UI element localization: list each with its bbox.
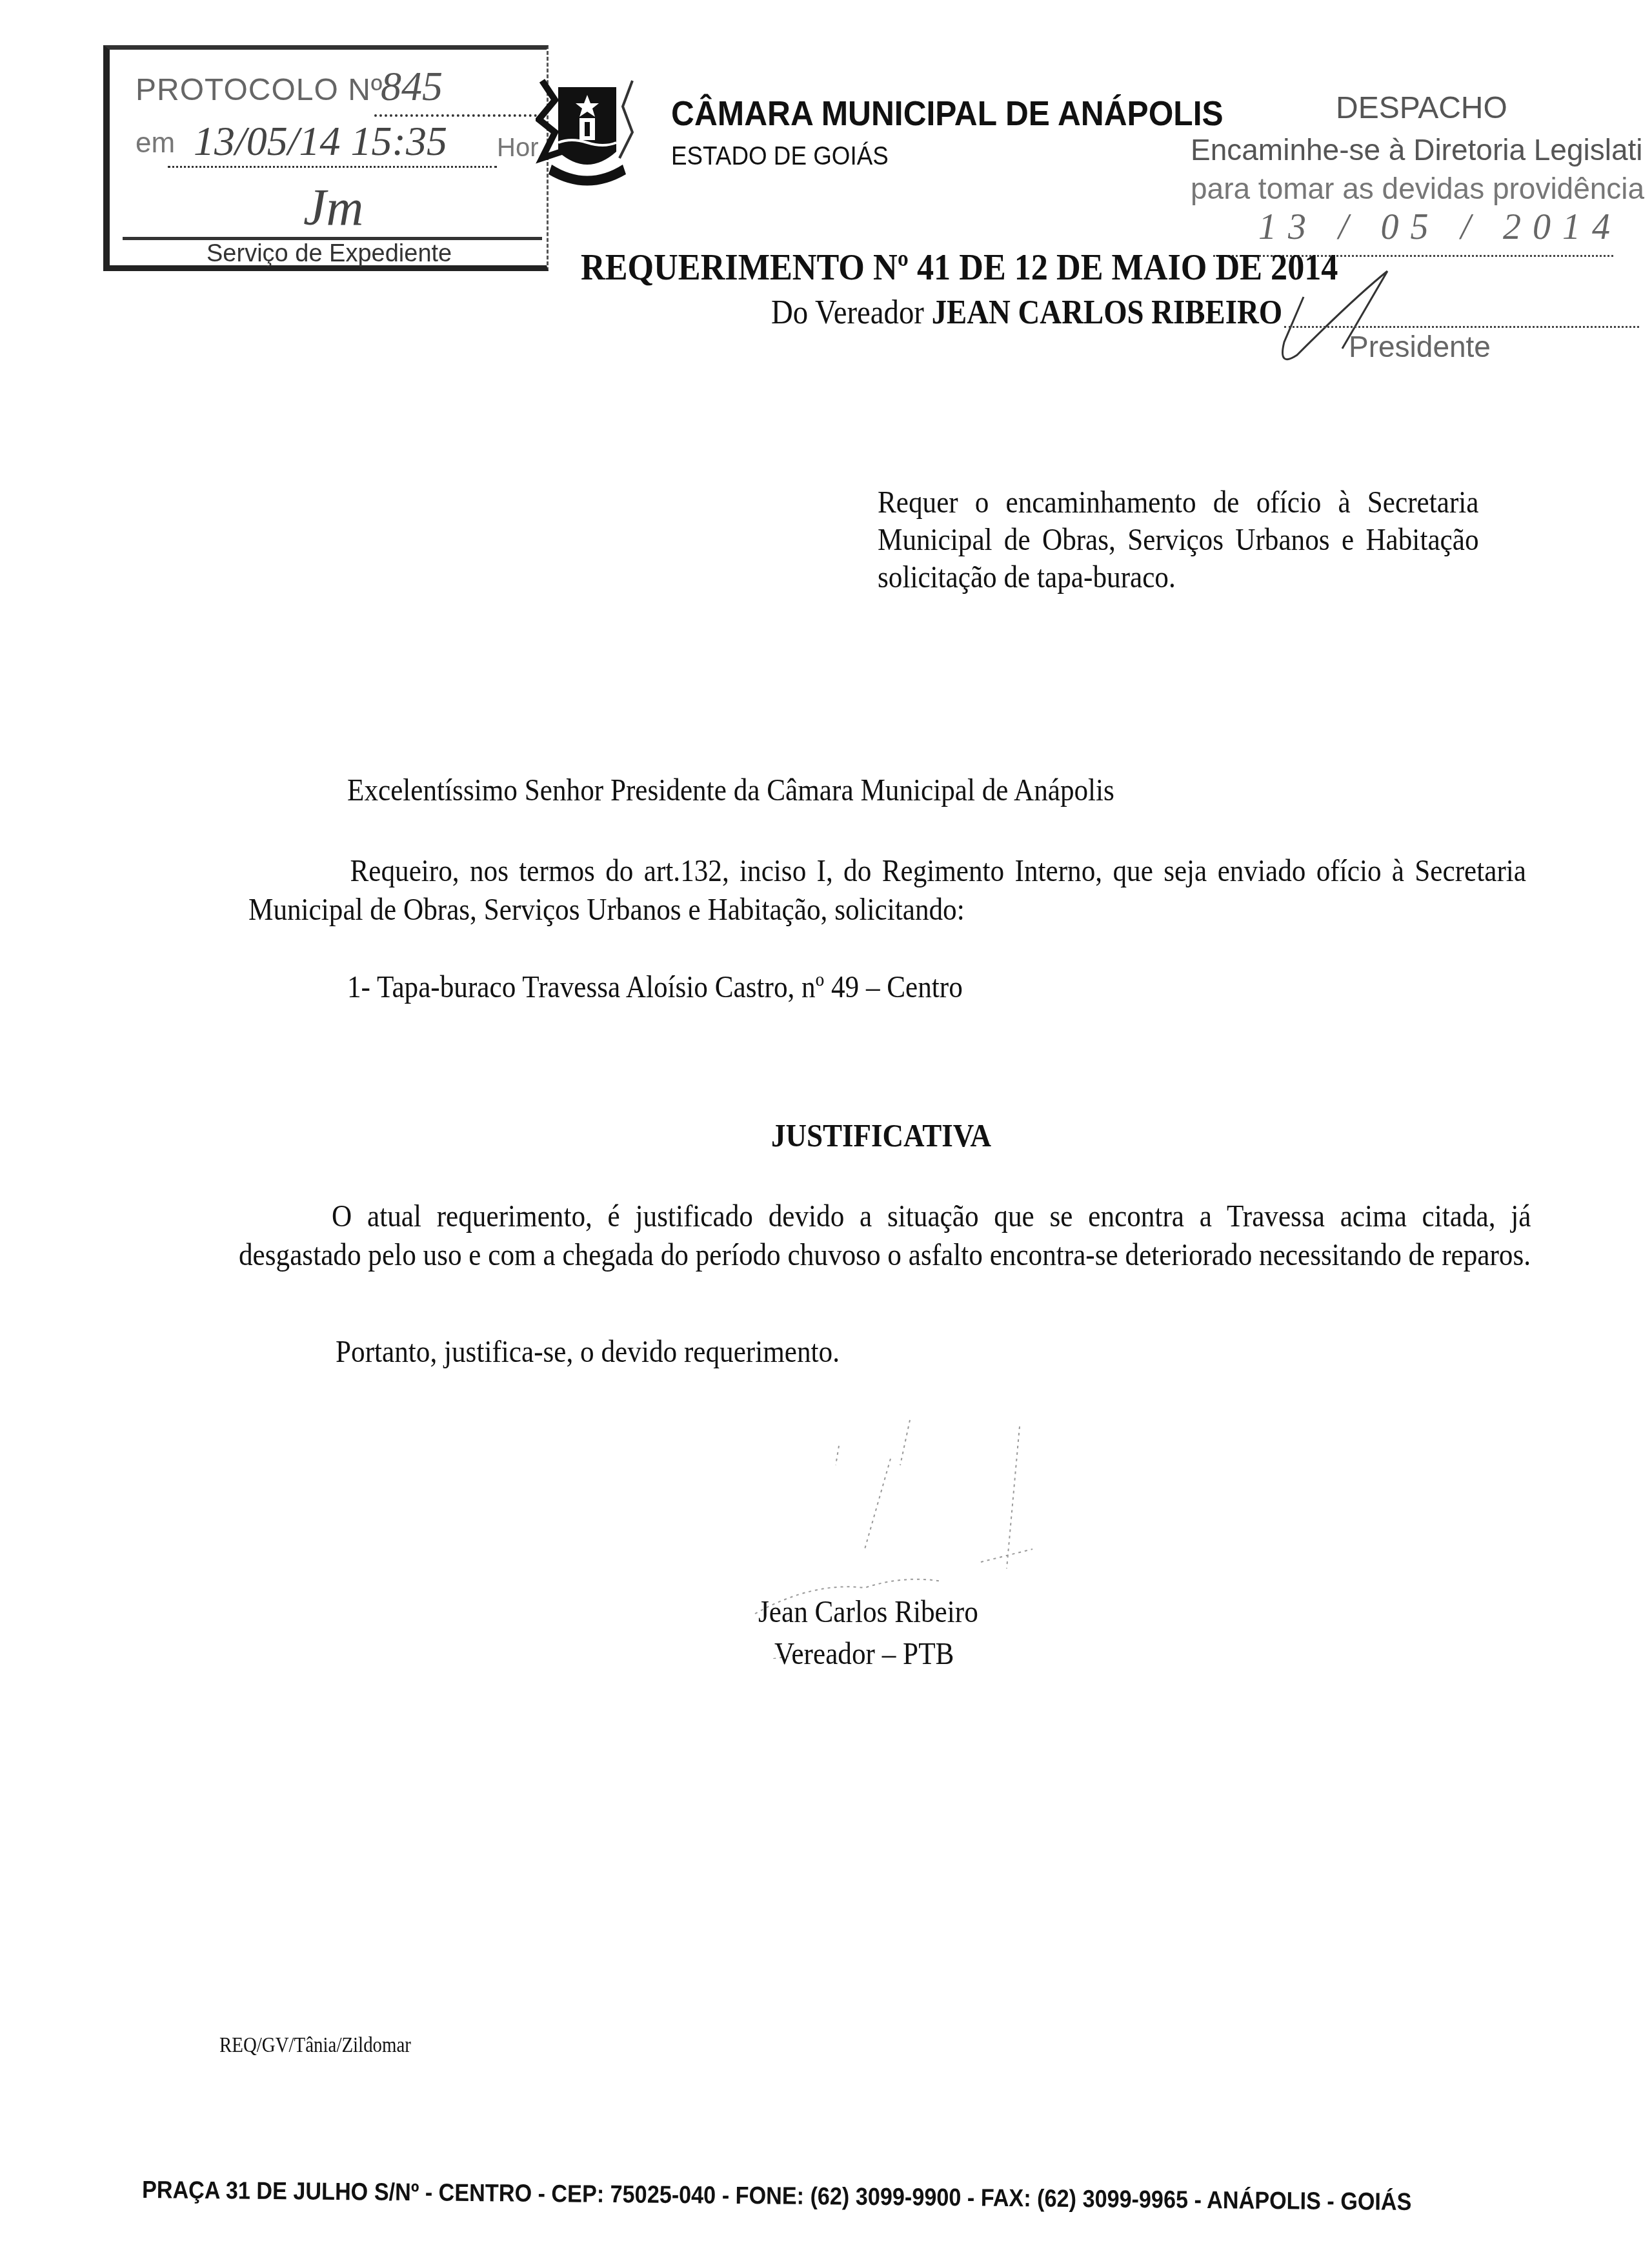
institution-title: CÂMARA MUNICIPAL DE ANÁPOLIS	[671, 94, 1224, 134]
despacho-line-1: Encaminhe-se à Diretoria Legislati	[1191, 132, 1643, 167]
hour-label: Hor	[497, 134, 538, 163]
despacho-title: DESPACHO	[1336, 90, 1507, 126]
divider	[1284, 326, 1639, 328]
document-author: Do Vereador JEAN CARLOS RIBEIRO	[771, 294, 1282, 332]
despacho-date: 13 / 05 / 2014	[1258, 207, 1622, 248]
stamp-signature: Jm	[303, 179, 363, 238]
signer-name: Jean Carlos Ribeiro	[758, 1594, 978, 1630]
ementa: Requer o encaminhamento de ofício à Secr…	[878, 484, 1479, 596]
protocol-number: 845	[381, 63, 443, 110]
divider	[374, 114, 542, 117]
request-paragraph: Requeiro, nos termos do art.132, inciso …	[248, 852, 1526, 929]
service-label: Serviço de Expediente	[206, 240, 452, 268]
author-prefix: Do Vereador	[771, 294, 924, 331]
protocol-date: 13/05/14 15:35	[194, 117, 447, 165]
author-name: JEAN CARLOS RIBEIRO	[932, 294, 1283, 331]
institution-subtitle: ESTADO DE GOIÁS	[671, 142, 889, 171]
request-item: 1- Tapa-buraco Travessa Aloísio Castro, …	[347, 968, 963, 1007]
date-label: em	[136, 127, 175, 159]
signer-role: Vereador – PTB	[774, 1636, 954, 1672]
protocol-stamp: PROTOCOLO Nº 845 em 13/05/14 15:35 Hor J…	[103, 45, 549, 271]
justification-paragraph: O atual requerimento, é justificado devi…	[239, 1197, 1531, 1275]
document-title: REQUERIMENTO Nº 41 DE 12 DE MAIO DE 2014	[581, 245, 1338, 289]
closing-paragraph: Portanto, justifica-se, o devido requeri…	[336, 1333, 840, 1372]
despacho-line-2: para tomar as devidas providência	[1191, 171, 1644, 206]
justification-title: JUSTIFICATIVA	[771, 1117, 991, 1154]
protocol-label: PROTOCOLO Nº	[136, 72, 383, 108]
president-label: Presidente	[1349, 329, 1491, 364]
reference-code: REQ/GV/Tânia/Zildomar	[219, 2033, 411, 2058]
greeting: Excelentíssimo Senhor Presidente da Câma…	[347, 771, 1114, 810]
coat-of-arms-icon	[536, 61, 639, 190]
divider	[168, 166, 497, 168]
footer-address: PRAÇA 31 DE JULHO S/Nº - CENTRO - CEP: 7…	[142, 2177, 1412, 2217]
